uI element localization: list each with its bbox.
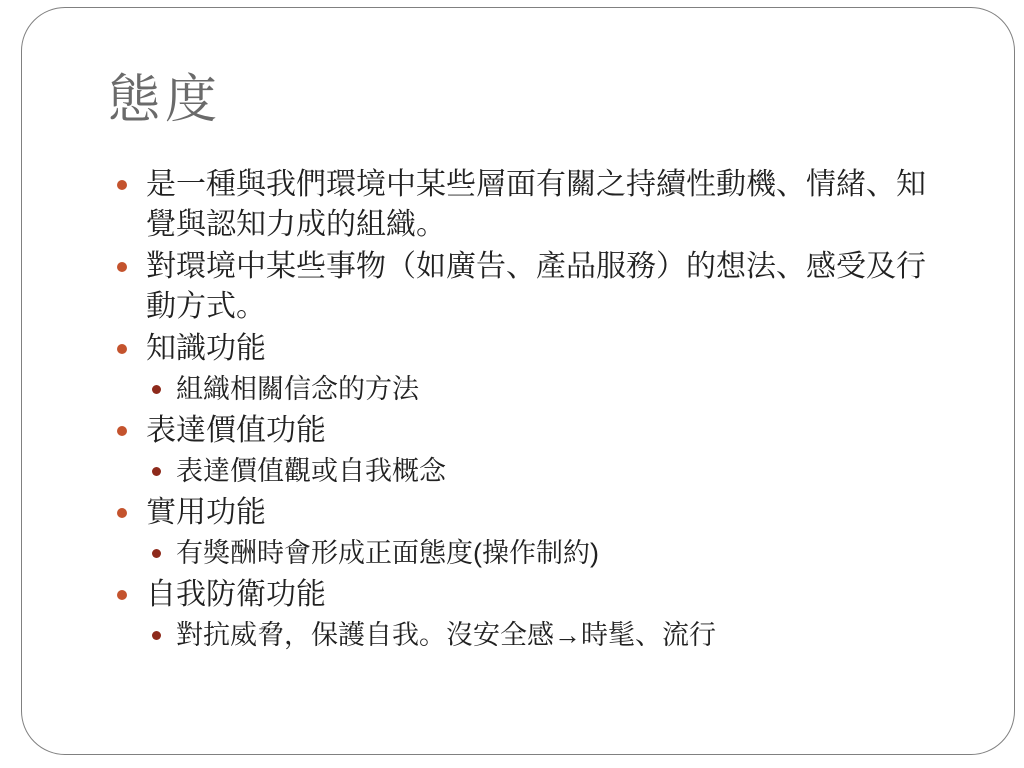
sub-bullet-item: 對抗威脅，保護自我。沒安全感→時髦、流行 bbox=[0, 615, 1024, 655]
sub-bullet-dot-icon bbox=[152, 631, 161, 640]
bullet-text: 實用功能 bbox=[146, 493, 266, 533]
sub-bullet-item: 組織相關信念的方法 bbox=[0, 369, 1024, 409]
bullet-item: 對環境中某些事物（如廣告、產品服務）的想法、感受及行動方式。 bbox=[0, 247, 1024, 327]
bullet-text: 知識功能 bbox=[146, 329, 266, 369]
bullet-item: 表達價值功能 bbox=[0, 411, 1024, 451]
bullet-item: 知識功能 bbox=[0, 329, 1024, 369]
bullet-dot-icon bbox=[117, 426, 127, 436]
bullet-text: 表達價值功能 bbox=[146, 411, 326, 451]
bullet-dot-icon bbox=[117, 344, 127, 354]
sub-bullet-item: 表達價值觀或自我概念 bbox=[0, 451, 1024, 491]
bullet-dot-icon bbox=[117, 180, 127, 190]
bullet-item: 自我防衛功能 bbox=[0, 575, 1024, 615]
bullet-text: 是一種與我們環境中某些層面有關之持續性動機、情緒、知覺與認知力成的組織。 bbox=[146, 165, 946, 245]
bullet-dot-icon bbox=[117, 590, 127, 600]
bullet-dot-icon bbox=[117, 262, 127, 272]
sub-bullet-text: 組織相關信念的方法 bbox=[176, 369, 419, 409]
slide-title: 態度 bbox=[108, 68, 222, 132]
bullet-text: 自我防衛功能 bbox=[146, 575, 326, 615]
bullet-item: 實用功能 bbox=[0, 493, 1024, 533]
sub-bullet-dot-icon bbox=[152, 467, 161, 476]
sub-bullet-item: 有獎酬時會形成正面態度(操作制約) bbox=[0, 533, 1024, 573]
sub-bullet-text: 有獎酬時會形成正面態度(操作制約) bbox=[176, 533, 599, 573]
bullet-dot-icon bbox=[117, 508, 127, 518]
sub-bullet-text: 對抗威脅，保護自我。沒安全感→時髦、流行 bbox=[176, 615, 716, 655]
sub-bullet-dot-icon bbox=[152, 549, 161, 558]
sub-bullet-dot-icon bbox=[152, 385, 161, 394]
slide-canvas: 態度 是一種與我們環境中某些層面有關之持續性動機、情緒、知覺與認知力成的組織。 … bbox=[0, 0, 1024, 768]
bullet-text: 對環境中某些事物（如廣告、產品服務）的想法、感受及行動方式。 bbox=[146, 247, 946, 327]
bullet-item: 是一種與我們環境中某些層面有關之持續性動機、情緒、知覺與認知力成的組織。 bbox=[0, 165, 1024, 245]
bullet-list: 是一種與我們環境中某些層面有關之持續性動機、情緒、知覺與認知力成的組織。 對環境… bbox=[0, 163, 1024, 655]
sub-bullet-text: 表達價值觀或自我概念 bbox=[176, 451, 446, 491]
